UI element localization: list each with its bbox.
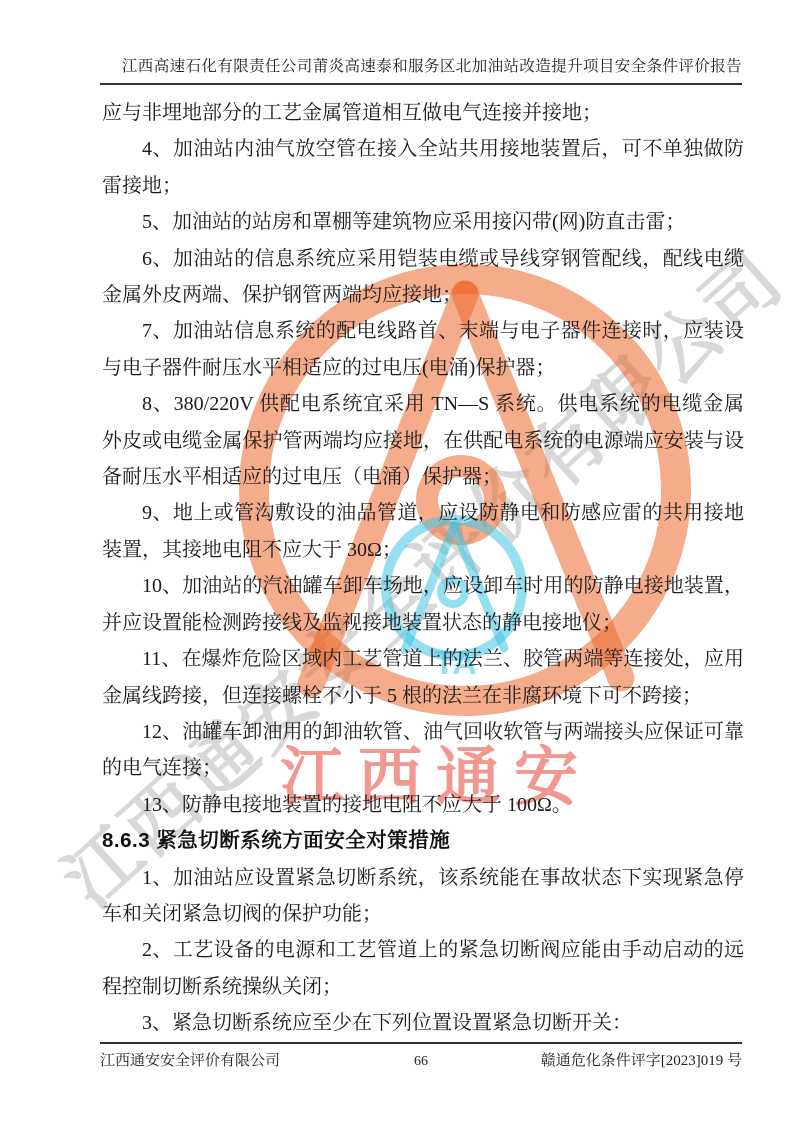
footer-company: 江西通安安全评价有限公司 xyxy=(100,1049,391,1070)
paragraph-item-11: 11、在爆炸危险区域内工艺管道上的法兰、胶管两端等连接处，应用金属线跨接，但连接… xyxy=(102,641,744,714)
paragraph-item-7: 7、加油站信息系统的配电线路首、末端与电子器件连接时，应装设与电子器件耐压水平相… xyxy=(102,313,744,386)
paragraph-continuation: 应与非埋地部分的工艺金属管道相互做电气连接并接地； xyxy=(102,95,744,131)
footer-doc-number: 赣通危化条件评字[2023]019 号 xyxy=(451,1049,742,1070)
footer-page-number: 66 xyxy=(391,1054,451,1070)
paragraph-item-9: 9、地上或管沟敷设的油品管道，应设防静电和防感应雷的共用接地装置，其接地电阻不应… xyxy=(102,495,744,568)
paragraph-item-10: 10、加油站的汽油罐车卸车场地，应设卸车时用的防静电接地装置，并应设置能检测跨接… xyxy=(102,568,744,641)
page-header: 江西高速石化有限责任公司莆炎高速泰和服务区北加油站改造提升项目安全条件评价报告 xyxy=(100,54,742,85)
paragraph-item-2: 2、工艺设备的电源和工艺管道上的紧急切断阀应能由手动启动的远程控制切断系统操纵关… xyxy=(102,932,744,1005)
paragraph-item-8: 8、380/220V 供配电系统宜采用 TN—S 系统。供电系统的电缆金属外皮或… xyxy=(102,386,744,495)
paragraph-item-13: 13、防静电接地装置的接地电阻不应大于 100Ω。 xyxy=(102,787,744,823)
paragraph-item-1: 1、加油站应设置紧急切断系统，该系统能在事故状态下实现紧急停车和关闭紧急切阀的保… xyxy=(102,860,744,933)
paragraph-item-4: 4、加油站内油气放空管在接入全站共用接地装置后，可不单独做防雷接地； xyxy=(102,131,744,204)
header-divider xyxy=(100,83,742,85)
document-body: 应与非埋地部分的工艺金属管道相互做电气连接并接地； 4、加油站内油气放空管在接入… xyxy=(102,95,744,1042)
report-title: 江西高速石化有限责任公司莆炎高速泰和服务区北加油站改造提升项目安全条件评价报告 xyxy=(100,54,742,76)
paragraph-item-3: 3、紧急切断系统应至少在下列位置设置紧急切断开关： xyxy=(102,1005,744,1041)
document-page: 江西通安安全评价有限公司 TA 江西通安 江西高速石化有限责任公司莆炎高速泰和服… xyxy=(0,0,800,1131)
page-footer: 江西通安安全评价有限公司 66 赣通危化条件评字[2023]019 号 xyxy=(100,1042,742,1070)
paragraph-item-5: 5、加油站的站房和罩棚等建筑物应采用接闪带(网)防直击雷； xyxy=(102,204,744,240)
section-heading: 8.6.3 紧急切断系统方面安全对策措施 xyxy=(102,823,744,859)
paragraph-item-12: 12、油罐车卸油用的卸油软管、油气回收软管与两端接头应保证可靠的电气连接； xyxy=(102,714,744,787)
paragraph-item-6: 6、加油站的信息系统应采用铠装电缆或导线穿钢管配线，配线电缆金属外皮两端、保护钢… xyxy=(102,241,744,314)
